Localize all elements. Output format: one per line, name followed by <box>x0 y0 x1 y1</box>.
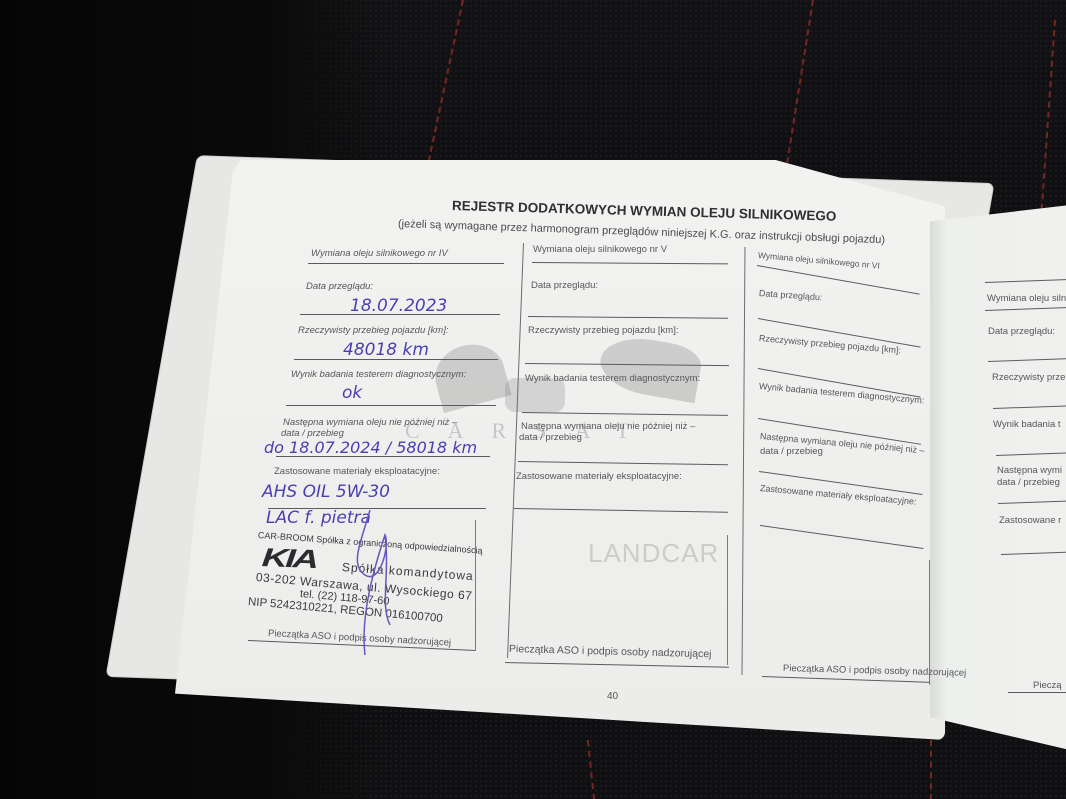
rule <box>294 359 498 360</box>
stamp-label: Pieczą <box>1033 680 1062 691</box>
next-change-sublabel: data / przebieg <box>997 477 1060 488</box>
materials-value: AHS OIL 5W-30 <box>262 482 390 502</box>
next-change-label: Następna wymiana oleju nie później niż – <box>283 417 457 428</box>
rule <box>300 314 500 315</box>
review-date-label: Data przeglądu: <box>531 280 598 291</box>
bleed-through-text: LANDCAR <box>588 538 719 569</box>
mileage-label: Rzeczywisty przebieg pojazdu [km]: <box>298 325 448 336</box>
diagnostic-value: ok <box>342 383 362 403</box>
mileage-label: Rzeczywisty przebieg pojazdu [km]: <box>528 325 678 336</box>
column-header: Wymiana oleju siln <box>987 293 1066 304</box>
rule <box>308 263 504 264</box>
review-date-value: 18.07.2023 <box>350 296 447 316</box>
next-change-sublabel: data / przebieg <box>519 432 582 443</box>
next-change-label: Następna wymiana oleju nie później niż – <box>521 421 695 432</box>
mileage-label: Rzeczywisty prze <box>992 372 1065 383</box>
next-change-sublabel: data / przebieg <box>760 446 823 457</box>
column-header: Wymiana oleju silnikowego nr IV <box>311 248 448 259</box>
seat-stitching <box>930 740 932 799</box>
next-change-label: Następna wymi <box>997 465 1062 476</box>
rule <box>475 520 476 650</box>
diagnostic-label: Wynik badania testerem diagnostycznym: <box>291 369 466 380</box>
rule <box>1008 692 1066 693</box>
kia-logo: KIA <box>261 542 317 575</box>
materials-label: Zastosowane r <box>999 515 1061 526</box>
rule <box>286 405 496 406</box>
materials-label: Zastosowane materiały eksploatacyjne: <box>516 471 682 482</box>
rule <box>727 535 728 665</box>
review-date-label: Data przeglądu: <box>988 326 1055 337</box>
rule <box>276 456 490 457</box>
page-number: 40 <box>607 691 618 702</box>
review-date-label: Data przeglądu: <box>306 281 373 292</box>
column-header: Wymiana oleju silnikowego nr V <box>533 244 667 255</box>
diagnostic-label: Wynik badania testerem diagnostycznym: <box>525 373 700 384</box>
signature <box>330 505 420 665</box>
materials-label: Zastosowane materiały eksploatacyjne: <box>274 466 440 477</box>
diagnostic-label: Wynik badania t <box>993 419 1061 430</box>
next-change-value: do 18.07.2024 / 58018 km <box>264 438 477 457</box>
mileage-value: 48018 km <box>343 340 429 360</box>
